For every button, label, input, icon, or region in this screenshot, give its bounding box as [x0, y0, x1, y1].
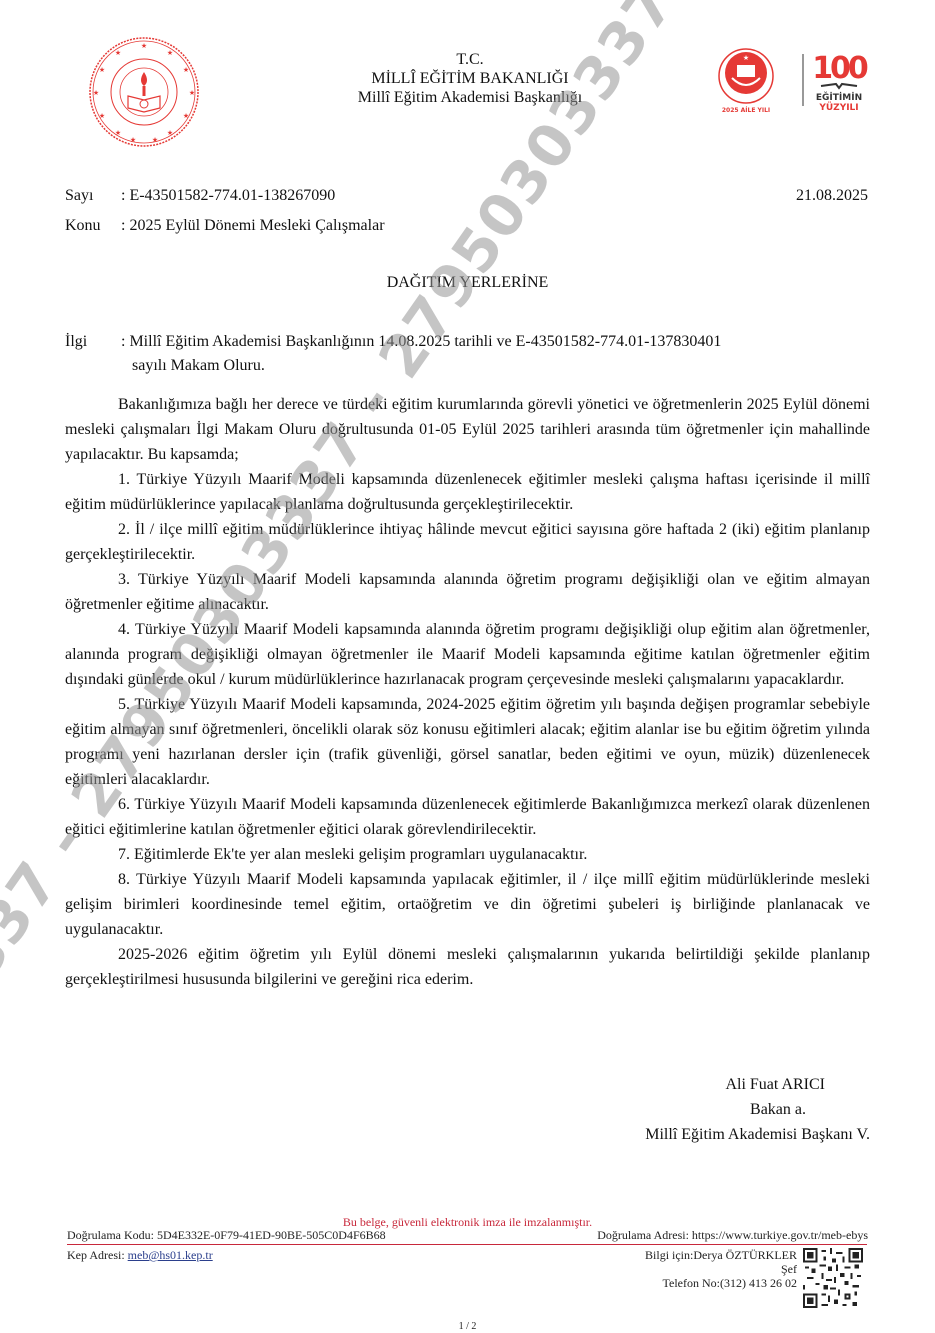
header-tc: T.C.: [230, 50, 710, 69]
footer-divider: [67, 1244, 867, 1245]
document-date: 21.08.2025: [796, 187, 868, 205]
sayi-row: Sayı: E-43501582-774.01-138267090: [65, 187, 335, 205]
svg-text:★: ★: [130, 136, 136, 144]
sayi-label: Sayı: [65, 187, 121, 205]
konu-value: : 2025 Eylül Dönemi Mesleki Çalışmalar: [121, 217, 385, 234]
svg-text:★: ★: [743, 54, 749, 62]
verification-code: Doğrulama Kodu: 5D4E332E-0F79-41ED-90BE-…: [67, 1228, 386, 1243]
svg-text:★: ★: [115, 49, 121, 57]
svg-text:★: ★: [167, 129, 173, 137]
header-department: Millî Eğitim Akademisi Başkanlığı: [230, 88, 710, 107]
svg-text:★: ★: [167, 49, 173, 57]
letter-body: Bakanlığımıza bağlı her derece ve türdek…: [65, 392, 870, 992]
contact-phone: Telefon No:(312) 413 26 02: [645, 1276, 797, 1290]
kep-label: Kep Adresi:: [67, 1248, 128, 1262]
qr-code-icon: [803, 1248, 863, 1308]
svg-text:EĞİTİMİN: EĞİTİMİN: [816, 91, 862, 103]
svg-text:100: 100: [812, 51, 868, 86]
document-page: ★ ★ ★ ★ ★ ★ ★ ★ ★ ★ ★ ★ ★ T.C. MİLLÎ EĞİ…: [0, 0, 935, 1333]
konu-row: Konu: 2025 Eylül Dönemi Mesleki Çalışmal…: [65, 217, 385, 235]
signer-name: Ali Fuat ARICI: [645, 1072, 870, 1097]
body-item-5: 5. Türkiye Yüzyılı Maarif Modeli kapsamı…: [65, 692, 870, 792]
svg-text:★: ★: [99, 66, 105, 74]
signer-title: Millî Eğitim Akademisi Başkanı V.: [645, 1122, 870, 1147]
meb-seal-icon: ★ ★ ★ ★ ★ ★ ★ ★ ★ ★ ★ ★ ★: [88, 36, 200, 148]
page-number: 1 / 2: [0, 1321, 935, 1332]
svg-text:★: ★: [183, 66, 189, 74]
svg-text:★: ★: [115, 129, 121, 137]
body-closing: 2025-2026 eğitim öğretim yılı Eylül döne…: [65, 942, 870, 992]
svg-text:YÜZYILI: YÜZYILI: [818, 102, 858, 113]
svg-text:2025 AİLE YILI: 2025 AİLE YILI: [722, 107, 770, 114]
svg-text:★: ★: [99, 112, 105, 120]
letterhead: T.C. MİLLÎ EĞİTİM BAKANLIĞI Millî Eğitim…: [230, 50, 710, 107]
verification-address: Doğrulama Adresi: https://www.turkiye.go…: [597, 1228, 868, 1243]
signer-role: Bakan a.: [645, 1097, 870, 1122]
body-paragraph: Bakanlığımıza bağlı her derece ve türdek…: [65, 392, 870, 467]
svg-text:★: ★: [189, 89, 195, 97]
body-item-2: 2. İl / ilçe millî eğitim müdürlüklerinc…: [65, 517, 870, 567]
ilgi-line-2: sayılı Makam Oluru.: [65, 354, 865, 378]
body-item-8: 8. Türkiye Yüzyılı Maarif Modeli kapsamı…: [65, 867, 870, 942]
ilgi-label: İlgi: [65, 330, 121, 354]
svg-text:★: ★: [183, 112, 189, 120]
contact-info: Bilgi için:Derya ÖZTÜRKLER Şef Telefon N…: [645, 1248, 797, 1290]
ilgi-line-1: : Millî Eğitim Akademisi Başkanlığının 1…: [121, 333, 721, 350]
contact-title: Şef: [645, 1262, 797, 1276]
svg-text:★: ★: [141, 42, 147, 50]
contact-person: Bilgi için:Derya ÖZTÜRKLER: [645, 1248, 797, 1262]
kep-link[interactable]: meb@hs01.kep.tr: [128, 1248, 213, 1262]
svg-text:★: ★: [152, 136, 158, 144]
konu-label: Konu: [65, 217, 121, 235]
body-item-7: 7. Eğitimlerde Ek'te yer alan mesleki ge…: [65, 842, 870, 867]
reference-block: İlgi: Millî Eğitim Akademisi Başkanlığın…: [65, 330, 865, 378]
header-ministry: MİLLÎ EĞİTİM BAKANLIĞI: [230, 69, 710, 88]
recipient-heading: DAĞITIM YERLERİNE: [0, 274, 935, 292]
aile-yili-egitimin-yuzyili-logo-icon: ★ 2025 AİLE YILI 100 EĞİTİMİN YÜZYILI: [716, 40, 876, 120]
svg-text:★: ★: [93, 89, 99, 97]
body-item-3: 3. Türkiye Yüzyılı Maarif Modeli kapsamı…: [65, 567, 870, 617]
signature-block: Ali Fuat ARICI Bakan a. Millî Eğitim Aka…: [645, 1072, 870, 1147]
kep-address: Kep Adresi: meb@hs01.kep.tr: [67, 1248, 213, 1263]
body-item-1: 1. Türkiye Yüzyılı Maarif Modeli kapsamı…: [65, 467, 870, 517]
body-item-6: 6. Türkiye Yüzyılı Maarif Modeli kapsamı…: [65, 792, 870, 842]
sayi-value: : E-43501582-774.01-138267090: [121, 187, 335, 204]
body-item-4: 4. Türkiye Yüzyılı Maarif Modeli kapsamı…: [65, 617, 870, 692]
